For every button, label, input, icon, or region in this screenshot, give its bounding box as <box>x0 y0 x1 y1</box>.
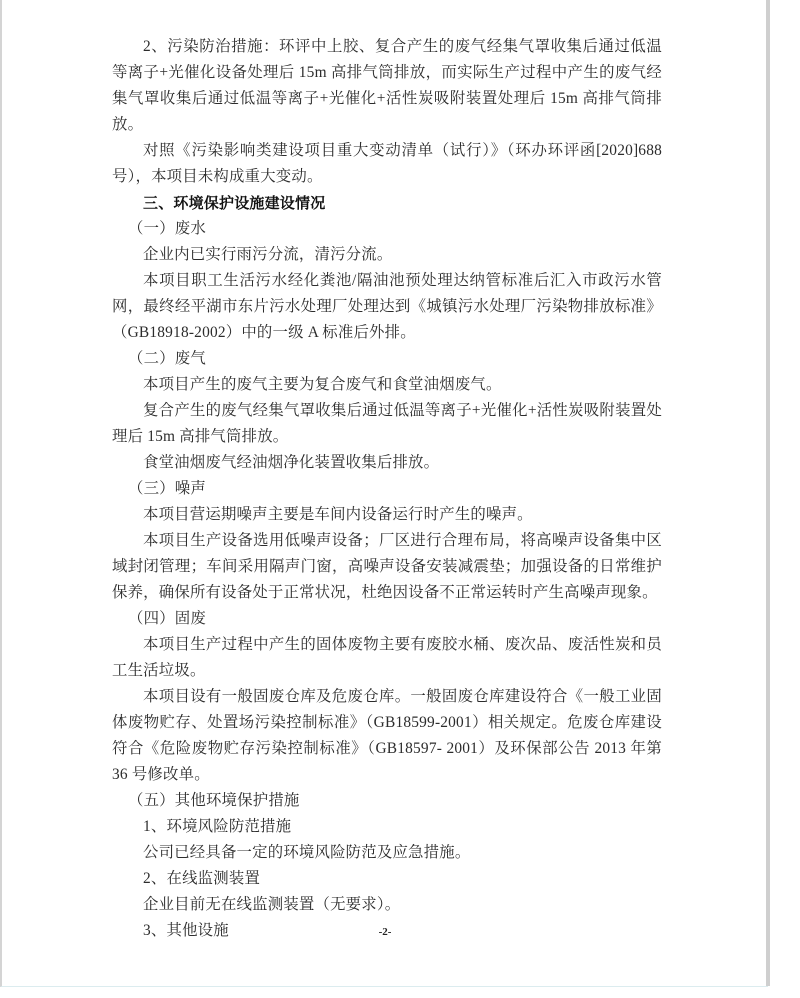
paragraph: 本项目产生的废气主要为复合废气和食堂油烟废气。 <box>112 372 662 398</box>
paragraph: 本项目生产过程中产生的固体废物主要有废胶水桶、废次品、废活性炭和员工生活垃圾。 <box>112 632 662 684</box>
paragraph: 本项目职工生活污水经化粪池/隔油池预处理达纳管标准后汇入市政污水管网，最终经平湖… <box>112 268 662 346</box>
list-item: 1、环境风险防范措施 <box>112 814 662 840</box>
subheading-other-measures: （五）其他环境保护措施 <box>112 788 662 814</box>
paragraph-change-check: 对照《污染影响类建设项目重大变动清单（试行）》（环办环评函[2020]688 号… <box>112 138 662 190</box>
paragraph: 企业内已实行雨污分流，清污分流。 <box>112 242 662 268</box>
page-number: -2- <box>2 926 768 938</box>
list-item: 企业目前无在线监测装置（无要求）。 <box>112 892 662 918</box>
paragraph: 本项目设有一般固废仓库及危废仓库。一般固废仓库建设符合《一般工业固体废物贮存、处… <box>112 684 662 788</box>
subheading-noise: （三）噪声 <box>112 476 662 502</box>
subheading-solid-waste: （四）固废 <box>112 606 662 632</box>
subheading-waste-gas: （二）废气 <box>112 346 662 372</box>
page-content: 2、污染防治措施：环评中上胶、复合产生的废气经集气罩收集后通过低温等离子+光催化… <box>112 34 662 944</box>
paragraph: 复合产生的废气经集气罩收集后通过低温等离子+光催化+活性炭吸附装置处理后 15m… <box>112 398 662 450</box>
section-heading: 三、环境保护设施建设情况 <box>112 190 662 216</box>
paragraph: 本项目营运期噪声主要是车间内设备运行时产生的噪声。 <box>112 502 662 528</box>
paragraph: 本项目生产设备选用低噪声设备；厂区进行合理布局，将高噪声设备集中区域封闭管理；车… <box>112 528 662 606</box>
list-item: 2、在线监测装置 <box>112 866 662 892</box>
paragraph-pollution-measures: 2、污染防治措施：环评中上胶、复合产生的废气经集气罩收集后通过低温等离子+光催化… <box>112 34 662 138</box>
subheading-wastewater: （一）废水 <box>112 216 662 242</box>
list-item: 公司已经具备一定的环境风险防范及应急措施。 <box>112 840 662 866</box>
page-edge-scrollbar[interactable] <box>766 0 770 986</box>
document-page: 2、污染防治措施：环评中上胶、复合产生的废气经集气罩收集后通过低温等离子+光催化… <box>0 0 768 987</box>
paragraph: 食堂油烟废气经油烟净化装置收集后排放。 <box>112 450 662 476</box>
